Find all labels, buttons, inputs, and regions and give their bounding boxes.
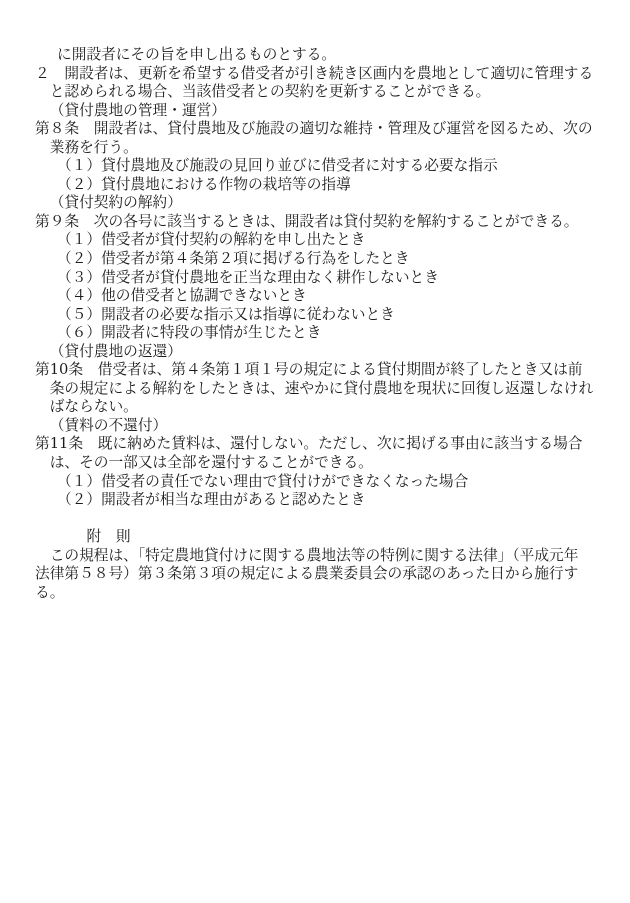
- section-label-line: （貸付農地の返還）: [35, 343, 595, 362]
- section-label-line: （貸付契約の解約）: [35, 194, 595, 213]
- article-line: 第10条 借受者は、第４条第１項１号の規定による貸付期間が終了したとき又は前: [35, 361, 595, 380]
- item-line: （２）貸付農地における作物の栽培等の指導: [35, 176, 595, 195]
- item-line: （１）借受者の責任でない理由で貸付けができなくなった場合: [35, 473, 595, 492]
- blank-line: [35, 510, 595, 529]
- continuation-item-line: に開設者にその旨を申し出るものとする。: [35, 46, 595, 65]
- continuation-line: 業務を行う。: [35, 139, 595, 158]
- supplementary-heading-line: 附 則: [35, 528, 595, 547]
- continuation-line: は、その一部又は全部を還付することができる。: [35, 454, 595, 473]
- item-line: （１）貸付農地及び施設の見回り並びに借受者に対する必要な指示: [35, 157, 595, 176]
- item-line: （２）開設者が相当な理由があると認めたとき: [35, 491, 595, 510]
- article-line: 第９条 次の各号に該当するときは、開設者は貸付契約を解約することができる。: [35, 213, 595, 232]
- item-line: （４）他の借受者と協調できないとき: [35, 287, 595, 306]
- item-line: （６）開設者に特段の事情が生じたとき: [35, 324, 595, 343]
- section-label-line: （貸付農地の管理・運営）: [35, 102, 595, 121]
- document-page: に開設者にその旨を申し出るものとする。２ 開設者は、更新を希望する借受者が引き続…: [0, 0, 630, 903]
- continuation-line: ばならない。: [35, 398, 595, 417]
- continuation-line: る。: [35, 584, 595, 603]
- article-line: 第８条 開設者は、貸付農地及び施設の適切な維持・管理及び運営を図るため、次の: [35, 120, 595, 139]
- document-body: に開設者にその旨を申し出るものとする。２ 開設者は、更新を希望する借受者が引き続…: [35, 46, 595, 602]
- continuation-line: 条の規定による解約をしたときは、速やかに貸付農地を現状に回復し返還しなけれ: [35, 380, 595, 399]
- item-line: （２）借受者が第４条第２項に掲げる行為をしたとき: [35, 250, 595, 269]
- item-line: （３）借受者が貸付農地を正当な理由なく耕作しないとき: [35, 269, 595, 288]
- item-line: （１）借受者が貸付契約の解約を申し出たとき: [35, 231, 595, 250]
- continuation-line: 法律第５８号）第３条第３項の規定による農業委員会の承認のあった日から施行す: [35, 565, 595, 584]
- section-label-line: （賃料の不還付）: [35, 417, 595, 436]
- paragraph-line: ２ 開設者は、更新を希望する借受者が引き続き区画内を農地として適切に管理する: [35, 65, 595, 84]
- article-line: 第11条 既に納めた賃料は、還付しない。ただし、次に掲げる事由に該当する場合: [35, 435, 595, 454]
- continuation-line: と認められる場合、当該借受者との契約を更新することができる。: [35, 83, 595, 102]
- continuation-line: この規程は、「特定農地貸付けに関する農地法等の特例に関する法律」（平成元年: [35, 547, 595, 566]
- item-line: （５）開設者の必要な指示又は指導に従わないとき: [35, 306, 595, 325]
